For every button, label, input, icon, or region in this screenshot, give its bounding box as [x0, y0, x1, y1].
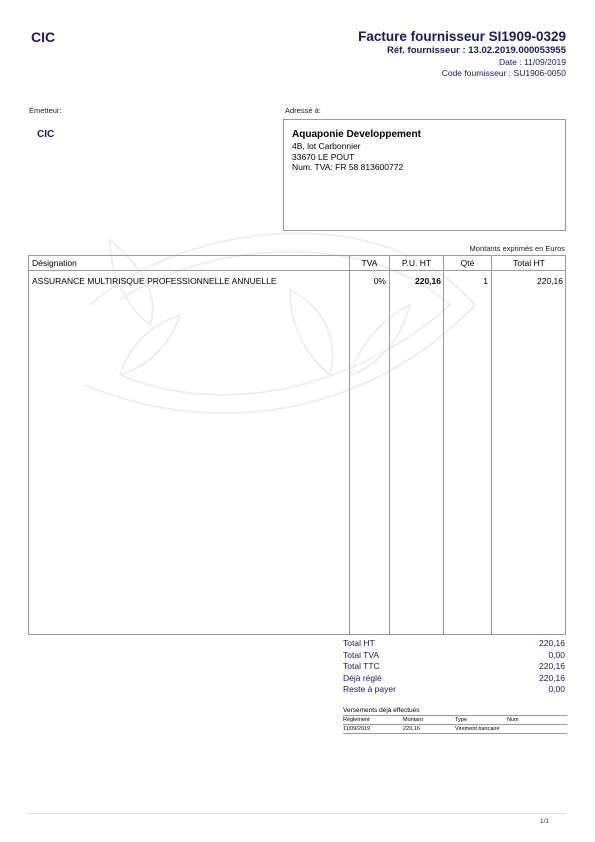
column-divider — [389, 256, 390, 634]
column-divider — [443, 256, 444, 634]
payment-date: 11/09/2019 — [343, 725, 403, 734]
total-ttc-value: 220,16 — [539, 661, 565, 673]
item-quantity: 1 — [444, 274, 488, 288]
header-quantity: Qté — [444, 256, 491, 270]
invoice-title: Facture fournisseur SI1909-0329 — [358, 29, 566, 44]
already-paid-row: Déjà réglé 220,16 — [343, 673, 565, 685]
header-designation: Désignation — [32, 256, 77, 270]
total-ttc-label: Total TTC — [343, 661, 380, 673]
total-ttc-row: Total TTC 220,16 — [343, 661, 565, 673]
payments-header: Règlement Montant Type Num — [343, 716, 567, 725]
page-number: 1/1 — [540, 818, 549, 825]
payment-amount: 220,16 — [403, 725, 455, 734]
totals-block: Total HT 220,16 Total TVA 0,00 Total TTC… — [343, 638, 565, 696]
payment-type: Virement bancaire — [455, 725, 567, 734]
item-tva: 0% — [350, 274, 386, 288]
total-tva-label: Total TVA — [343, 650, 379, 662]
remaining-row: Reste à payer 0,00 — [343, 684, 565, 696]
recipient-name: Aquaponie Developpement — [292, 129, 565, 141]
sender-label: Émetteur: — [29, 106, 62, 115]
already-paid-label: Déjà réglé — [343, 673, 382, 685]
total-ht-value: 220,16 — [539, 638, 565, 650]
remaining-label: Reste à payer — [343, 684, 396, 696]
remaining-value: 0,00 — [548, 684, 565, 696]
table-header: Désignation TVA P.U. HT Qté Total HT — [29, 256, 565, 271]
recipient-address-box: Aquaponie Developpement 4B, lot Carbonni… — [283, 119, 566, 231]
already-paid-value: 220,16 — [539, 673, 565, 685]
payments-table: Règlement Montant Type Num 11/09/2019 22… — [343, 715, 567, 734]
recipient-address-line: 4B, lot Carbonnier — [292, 141, 565, 152]
column-divider — [349, 256, 350, 634]
payments-title: Versements déjà effectués — [343, 706, 567, 715]
payment-row: 11/09/2019 220,16 Virement bancaire — [343, 725, 567, 734]
item-designation: ASSURANCE MULTIRISQUE PROFESSIONNELLE AN… — [32, 274, 277, 288]
item-unit-price: 220,16 — [390, 274, 441, 288]
recipient-address-line: 33670 LE POUT — [292, 152, 565, 163]
total-tva-value: 0,00 — [548, 650, 565, 662]
supplier-reference: Réf. fournisseur : 13.02.2019.000053955 — [358, 44, 566, 57]
sender-name: CIC — [37, 129, 54, 140]
total-ht-row: Total HT 220,16 — [343, 638, 565, 650]
payments-block: Versements déjà effectués Règlement Mont… — [343, 706, 567, 734]
payments-header-amount: Montant — [403, 716, 455, 725]
header-tva: TVA — [350, 256, 389, 270]
footer-divider — [28, 813, 566, 814]
payments-header-type: Type — [455, 716, 507, 725]
currency-note: Montants exprimés en Euros — [470, 244, 565, 253]
payments-header-num: Num — [507, 716, 567, 725]
payments-header-date: Règlement — [343, 716, 403, 725]
invoice-header: Facture fournisseur SI1909-0329 Réf. fou… — [358, 29, 566, 79]
column-divider — [491, 256, 492, 634]
recipient-label: Adressé à: — [285, 106, 321, 115]
supplier-code: Code fournisseur : SU1906-0050 — [358, 68, 566, 79]
recipient-vat-number: Num. TVA: FR 58 813600772 — [292, 162, 565, 173]
total-tva-row: Total TVA 0,00 — [343, 650, 565, 662]
total-ht-label: Total HT — [343, 638, 375, 650]
header-total-ht: Total HT — [492, 256, 566, 270]
header-unit-price: P.U. HT — [390, 256, 443, 270]
company-name: CIC — [31, 29, 55, 45]
invoice-date: Date : 11/09/2019 — [358, 57, 566, 68]
item-total-ht: 220,16 — [492, 274, 563, 288]
items-table: Désignation TVA P.U. HT Qté Total HT ASS… — [28, 255, 566, 635]
